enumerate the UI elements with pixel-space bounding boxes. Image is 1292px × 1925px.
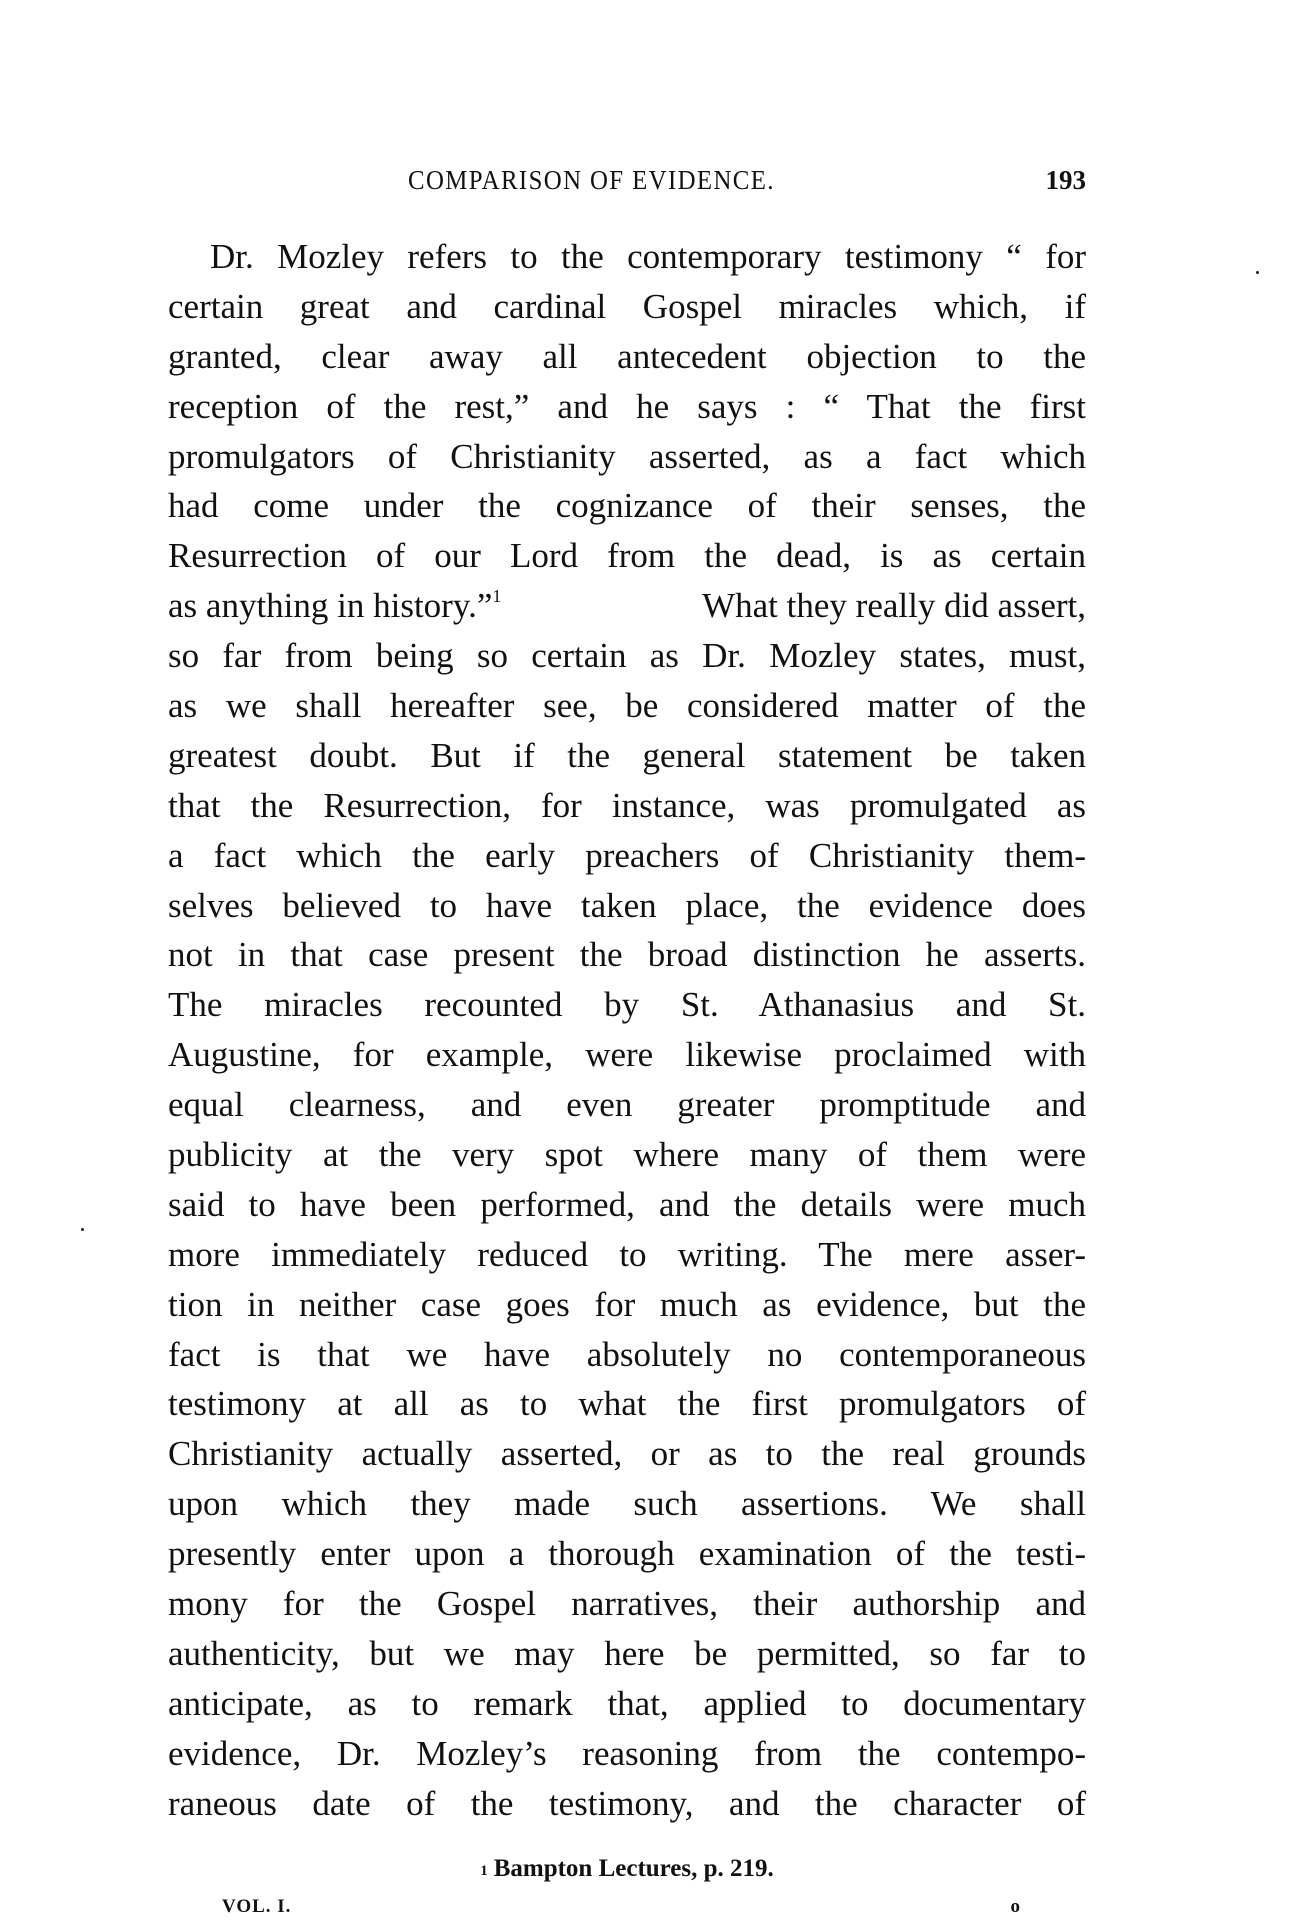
- running-title: COMPARISON OF EVIDENCE.: [408, 160, 775, 200]
- text-line: granted, clear away all antecedent objec…: [168, 332, 1086, 382]
- body-text: Dr. Mozley refers to the contemporary te…: [168, 232, 1086, 1829]
- running-head: COMPARISON OF EVIDENCE. 193: [168, 160, 1086, 200]
- text-line: The miracles recounted by St. Athanasius…: [168, 980, 1086, 1030]
- signature-line: VOL. I. o: [168, 1893, 1086, 1921]
- text-line: Augustine, for example, were likewise pr…: [168, 1030, 1086, 1080]
- text-line: that the Resurrection, for instance, was…: [168, 781, 1086, 831]
- text-line: certain great and cardinal Gospel miracl…: [168, 282, 1086, 332]
- text-line: publicity at the very spot where many of…: [168, 1130, 1086, 1180]
- text-line: greatest doubt. But if the general state…: [168, 731, 1086, 781]
- text-line: reception of the rest,” and he says : “ …: [168, 382, 1086, 432]
- text-line: so far from being so certain as Dr. Mozl…: [168, 631, 1086, 681]
- text-line: Dr. Mozley refers to the contemporary te…: [168, 232, 1086, 282]
- footnote-reference[interactable]: 1: [492, 586, 501, 606]
- text-line: Resurrection of our Lord from the dead, …: [168, 531, 1086, 581]
- text-line: upon which they made such assertions. We…: [168, 1479, 1086, 1529]
- scan-speck: [81, 1228, 84, 1231]
- text-line: promulgators of Christianity asserted, a…: [168, 432, 1086, 482]
- book-page: COMPARISON OF EVIDENCE. 193 Dr. Mozley r…: [0, 0, 1292, 1925]
- text-line: testimony at all as to what the first pr…: [168, 1379, 1086, 1429]
- footnote-text: Bampton Lectures, p. 219.: [494, 1855, 774, 1882]
- scan-speck: [1256, 271, 1259, 274]
- footnote: 1Bampton Lectures, p. 219.: [168, 1852, 1086, 1886]
- text-line: selves believed to have taken place, the…: [168, 881, 1086, 931]
- volume-label: VOL. I.: [222, 1893, 291, 1921]
- text-line: said to have been performed, and the det…: [168, 1180, 1086, 1230]
- text-line: fact is that we have absolutely no conte…: [168, 1330, 1086, 1380]
- text-line: not in that case present the broad disti…: [168, 930, 1086, 980]
- text-line: raneous date of the testimony, and the c…: [168, 1779, 1086, 1829]
- text-line: tion in neither case goes for much as ev…: [168, 1280, 1086, 1330]
- text-line: evidence, Dr. Mozley’s reasoning from th…: [168, 1729, 1086, 1779]
- text-line-with-footnote-ref: as anything in history.”1 What they real…: [168, 581, 1086, 631]
- text-line: anticipate, as to remark that, applied t…: [168, 1679, 1086, 1729]
- text-line: as we shall hereafter see, be considered…: [168, 681, 1086, 731]
- footnote-marker: 1: [480, 1863, 488, 1879]
- signature-mark: o: [1011, 1893, 1021, 1921]
- text-line: equal clearness, and even greater prompt…: [168, 1080, 1086, 1130]
- page-number: 193: [1046, 160, 1087, 200]
- text-line: authenticity, but we may here be permitt…: [168, 1629, 1086, 1679]
- text-line: Christianity actually asserted, or as to…: [168, 1429, 1086, 1479]
- text-line: more immediately reduced to writing. The…: [168, 1230, 1086, 1280]
- text-line: mony for the Gospel narratives, their au…: [168, 1579, 1086, 1629]
- text-line: had come under the cognizance of their s…: [168, 481, 1086, 531]
- text-line: a fact which the early preachers of Chri…: [168, 831, 1086, 881]
- text-line: presently enter upon a thorough examinat…: [168, 1529, 1086, 1579]
